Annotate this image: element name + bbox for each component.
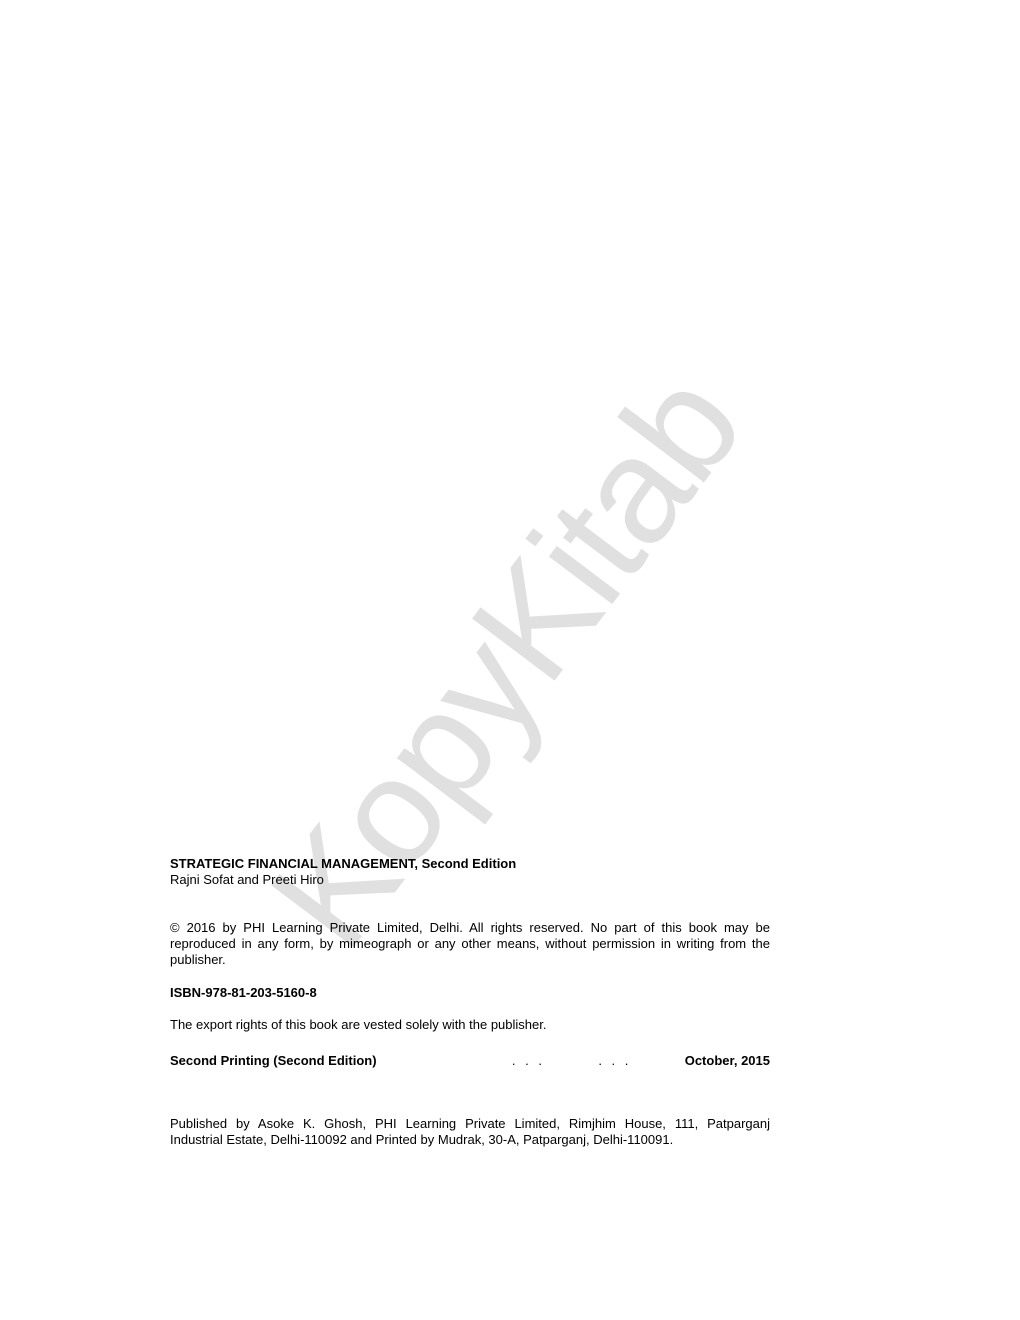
copyright-notice: © 2016 by PHI Learning Private Limited, … xyxy=(170,920,770,968)
printing-separator: . . . xyxy=(512,1053,545,1069)
printing-info: Second Printing (Second Edition) . . . .… xyxy=(170,1053,770,1069)
publisher-line: Industrial Estate, Delhi-110092 and Prin… xyxy=(170,1132,673,1147)
publisher-info: Published by Asoke K. Ghosh, PHI Learnin… xyxy=(170,1116,770,1148)
printing-edition: Second Printing (Second Edition) xyxy=(170,1053,377,1069)
publisher-line: Published by Asoke K. Ghosh, PHI Learnin… xyxy=(170,1116,770,1132)
isbn: ISBN-978-81-203-5160-8 xyxy=(170,985,770,1001)
printing-separator: . . . xyxy=(598,1053,631,1069)
book-title: STRATEGIC FINANCIAL MANAGEMENT, Second E… xyxy=(170,856,770,872)
book-authors: Rajni Sofat and Preeti Hiro xyxy=(170,872,770,888)
printing-date: October, 2015 xyxy=(685,1053,770,1069)
book-info: STRATEGIC FINANCIAL MANAGEMENT, Second E… xyxy=(170,856,770,888)
export-rights: The export rights of this book are veste… xyxy=(170,1017,770,1033)
